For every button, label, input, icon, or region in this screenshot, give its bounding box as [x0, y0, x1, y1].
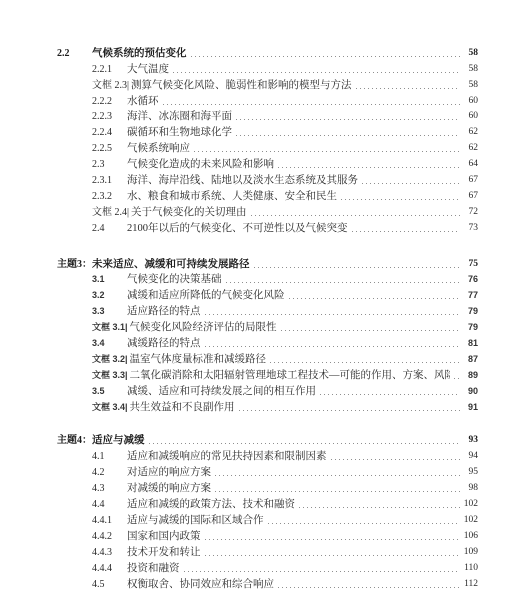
toc-page: 2.2气候系统的预估变化582.2.1大气温度58文框 2.3|测算气候变化风险… — [0, 0, 522, 600]
entry-number: 2.2.2 — [92, 95, 127, 108]
dot-leader — [251, 215, 460, 216]
entry-page: 98 — [462, 482, 478, 495]
entry-title: 适应和减缓的政策方法、技术和融资 — [127, 498, 295, 511]
entry-number: 2.2.3 — [92, 110, 127, 123]
entry-page: 67 — [462, 190, 478, 203]
entry-title: 减缓和适应所降低的气候变化风险 — [127, 289, 285, 302]
toc-entry-4.4.1[interactable]: 4.4.1适应与减缓的国际和区域合作102 — [57, 511, 478, 527]
dot-leader — [454, 378, 460, 379]
dot-leader — [299, 507, 460, 508]
toc-entry-2.2.5[interactable]: 2.2.5气候系统响应62 — [57, 139, 478, 155]
entry-number: 文框 2.3| — [92, 79, 129, 92]
entry-number: 4.4 — [92, 498, 127, 511]
toc-entry-4.2[interactable]: 4.2对适应的响应方案95 — [57, 463, 478, 479]
entry-page: 90 — [462, 385, 478, 398]
entry-number: 2.2.1 — [92, 63, 127, 76]
entry-page: 102 — [462, 498, 478, 511]
entry-number: 3.5 — [92, 385, 127, 398]
toc-entry-3.4[interactable]: 文框 3.4|共生效益和不良副作用91 — [57, 398, 478, 414]
toc-entry-4.4[interactable]: 4.4适应和减缓的政策方法、技术和融资102 — [57, 495, 478, 511]
entry-number: 4.4.4 — [92, 562, 127, 575]
entry-number: 4.1 — [92, 450, 127, 463]
entry-page: 60 — [462, 95, 478, 108]
entry-page: 102 — [462, 514, 478, 527]
entry-page: 58 — [462, 79, 478, 92]
entry-number: 3.2 — [92, 289, 127, 302]
toc-entry-2.2.1[interactable]: 2.2.1大气温度58 — [57, 60, 478, 76]
entry-title: 水循环 — [127, 95, 159, 108]
entry-title: 气候变化的决策基础 — [127, 273, 222, 286]
toc-entry-4.3[interactable]: 4.3对减缓的响应方案98 — [57, 479, 478, 495]
entry-page: 60 — [462, 110, 478, 123]
dot-leader — [194, 151, 460, 152]
dot-leader — [362, 183, 460, 184]
dot-leader — [236, 135, 460, 136]
entry-number: 3.4 — [92, 337, 127, 350]
dot-leader — [352, 231, 461, 232]
toc-entry-3.2[interactable]: 3.2减缓和适应所降低的气候变化风险77 — [57, 286, 478, 302]
entry-title: 气候变化风险经济评估的局限性 — [130, 321, 277, 334]
dot-leader — [191, 56, 461, 57]
toc-entry-2.2.3[interactable]: 2.2.3海洋、冰冻圈和海平面60 — [57, 108, 478, 124]
entry-number: 文框 2.4| — [92, 206, 129, 219]
dot-leader — [268, 523, 461, 524]
entry-page: 89 — [462, 369, 478, 382]
entry-title: 温室气体度量标准和减缓路径 — [130, 353, 267, 366]
entry-page: 79 — [462, 305, 478, 318]
entry-page: 72 — [462, 206, 478, 219]
dot-leader — [254, 267, 461, 268]
dot-leader — [356, 88, 460, 89]
entry-title: 技术开发和转让 — [127, 546, 201, 559]
entry-title: 关于气候变化的关切理由 — [131, 206, 247, 219]
entry-number: 2.2 — [57, 47, 92, 60]
entry-number: 4.5 — [92, 578, 127, 591]
entry-number: 3.3 — [92, 305, 127, 318]
entry-title: 气候系统的预估变化 — [92, 47, 187, 60]
entry-number: 4.4.3 — [92, 546, 127, 559]
dot-leader — [341, 199, 460, 200]
entry-number: 文框 3.1| — [92, 321, 128, 334]
entry-number: 主题3： — [57, 258, 92, 271]
entry-title: 海洋、海岸沿线、陆地以及淡水生态系统及其服务 — [127, 174, 358, 187]
toc-entry-2.3[interactable]: 2.3气候变化造成的未来风险和影响64 — [57, 155, 478, 171]
entry-title: 未来适应、减缓和可持续发展路径 — [92, 258, 250, 271]
entry-title: 二氧化碳消除和太阳辐射管理地球工程技术—可能的作用、方案、风险和现状 — [130, 369, 450, 382]
toc-entry-4.5[interactable]: 4.5权衡取舍、协同效应和综合响应112 — [57, 575, 478, 591]
entry-page: 67 — [462, 174, 478, 187]
entry-page: 91 — [462, 401, 478, 414]
entry-number: 2.3 — [92, 158, 127, 171]
entry-title: 投资和融资 — [127, 562, 180, 575]
entry-number: 3.1 — [92, 273, 127, 286]
entry-page: 62 — [462, 142, 478, 155]
entry-title: 测算气候变化风险、脆弱性和影响的模型与方法 — [131, 79, 352, 92]
entry-page: 95 — [462, 466, 478, 479]
dot-leader — [320, 394, 460, 395]
dot-leader — [215, 491, 460, 492]
entry-number: 4.3 — [92, 482, 127, 495]
entry-title: 减缓路径的特点 — [127, 337, 201, 350]
toc: 2.2气候系统的预估变化582.2.1大气温度58文框 2.3|测算气候变化风险… — [57, 44, 478, 591]
entry-number: 文框 3.3| — [92, 369, 128, 382]
entry-page: 73 — [462, 222, 478, 235]
entry-title: 碳循环和生物地球化学 — [127, 126, 232, 139]
dot-leader — [281, 330, 460, 331]
dot-leader — [239, 410, 460, 411]
entry-title: 气候系统响应 — [127, 142, 190, 155]
dot-leader — [215, 475, 460, 476]
dot-leader — [331, 459, 461, 460]
toc-entry-3.3[interactable]: 3.3适应路径的特点79 — [57, 302, 478, 318]
toc-entry-3.1[interactable]: 文框 3.1|气候变化风险经济评估的局限性79 — [57, 318, 478, 334]
toc-entry-2.2.4[interactable]: 2.2.4碳循环和生物地球化学62 — [57, 123, 478, 139]
dot-leader — [205, 314, 461, 315]
entry-title: 权衡取舍、协同效应和综合响应 — [127, 578, 274, 591]
toc-entry-4.4.2[interactable]: 4.4.2国家和国内政策106 — [57, 527, 478, 543]
toc-entry-4.4.3[interactable]: 4.4.3技术开发和转让109 — [57, 543, 478, 559]
entry-page: 87 — [462, 353, 478, 366]
entry-title: 海洋、冰冻圈和海平面 — [127, 110, 232, 123]
entry-title: 对适应的响应方案 — [127, 466, 211, 479]
entry-title: 适应和减缓响应的常见扶持因素和限制因素 — [127, 450, 327, 463]
dot-leader — [278, 167, 460, 168]
entry-number: 2.3.2 — [92, 190, 127, 203]
dot-leader — [270, 362, 460, 363]
entry-title: 适应与减缓的国际和区域合作 — [127, 514, 264, 527]
entry-page: 75 — [462, 258, 478, 271]
entry-title: 2100年以后的气候变化、不可逆性以及气候突变 — [127, 222, 348, 235]
entry-page: 106 — [462, 530, 478, 543]
dot-leader — [184, 571, 461, 572]
entry-page: 62 — [462, 126, 478, 139]
entry-number: 文框 3.4| — [92, 401, 128, 414]
entry-title: 适应与减缓 — [92, 434, 145, 447]
entry-page: 93 — [462, 434, 478, 447]
entry-page: 112 — [462, 578, 478, 591]
entry-number: 主题4： — [57, 434, 92, 447]
toc-entry-3.4[interactable]: 3.4减缓路径的特点81 — [57, 334, 478, 350]
entry-title: 共生效益和不良副作用 — [130, 401, 235, 414]
toc-entry-2.3.2[interactable]: 2.3.2水、粮食和城市系统、人类健康、安全和民生67 — [57, 187, 478, 203]
dot-leader — [149, 443, 461, 444]
toc-entry-3[interactable]: 主题3：未来适应、减缓和可持续发展路径75 — [57, 255, 478, 271]
toc-entry-4.1[interactable]: 4.1适应和减缓响应的常见扶持因素和限制因素94 — [57, 447, 478, 463]
toc-block: 主题4：适应与减缓934.1适应和减缓响应的常见扶持因素和限制因素944.2对适… — [57, 432, 478, 591]
toc-entry-3.1[interactable]: 3.1气候变化的决策基础76 — [57, 271, 478, 287]
toc-entry-4[interactable]: 主题4：适应与减缓93 — [57, 432, 478, 448]
entry-title: 对减缓的响应方案 — [127, 482, 211, 495]
toc-entry-2.4[interactable]: 2.42100年以后的气候变化、不可逆性以及气候突变73 — [57, 219, 478, 235]
dot-leader — [289, 298, 461, 299]
toc-entry-3.3[interactable]: 文框 3.3|二氧化碳消除和太阳辐射管理地球工程技术—可能的作用、方案、风险和现… — [57, 366, 478, 382]
entry-number: 2.2.5 — [92, 142, 127, 155]
entry-number: 文框 3.2| — [92, 353, 128, 366]
entry-number: 2.2.4 — [92, 126, 127, 139]
entry-page: 77 — [462, 289, 478, 302]
entry-page: 109 — [462, 546, 478, 559]
toc-entry-2.3[interactable]: 文框 2.3|测算气候变化风险、脆弱性和影响的模型与方法58 — [57, 76, 478, 92]
dot-leader — [173, 72, 460, 73]
entry-title: 气候变化造成的未来风险和影响 — [127, 158, 274, 171]
entry-page: 64 — [462, 158, 478, 171]
entry-page: 81 — [462, 337, 478, 350]
entry-number: 4.4.2 — [92, 530, 127, 543]
entry-number: 4.4.1 — [92, 514, 127, 527]
dot-leader — [205, 539, 461, 540]
toc-entry-2.4[interactable]: 文框 2.4|关于气候变化的关切理由72 — [57, 203, 478, 219]
entry-title: 减缓、适应和可持续发展之间的相互作用 — [127, 385, 316, 398]
toc-block: 2.2气候系统的预估变化582.2.1大气温度58文框 2.3|测算气候变化风险… — [57, 44, 478, 235]
dot-leader — [205, 346, 461, 347]
entry-number: 2.3.1 — [92, 174, 127, 187]
dot-leader — [278, 587, 460, 588]
entry-page: 110 — [462, 562, 478, 575]
toc-entry-3.5[interactable]: 3.5减缓、适应和可持续发展之间的相互作用90 — [57, 382, 478, 398]
entry-page: 79 — [462, 321, 478, 334]
entry-page: 94 — [462, 450, 478, 463]
toc-entry-2.3.1[interactable]: 2.3.1海洋、海岸沿线、陆地以及淡水生态系统及其服务67 — [57, 171, 478, 187]
entry-number: 4.2 — [92, 466, 127, 479]
entry-number: 2.4 — [92, 222, 127, 235]
entry-title: 国家和国内政策 — [127, 530, 201, 543]
toc-entry-3.2[interactable]: 文框 3.2|温室气体度量标准和减缓路径87 — [57, 350, 478, 366]
dot-leader — [163, 104, 461, 105]
toc-block: 主题3：未来适应、减缓和可持续发展路径753.1气候变化的决策基础763.2减缓… — [57, 255, 478, 414]
dot-leader — [226, 282, 461, 283]
dot-leader — [205, 555, 461, 556]
toc-entry-2.2[interactable]: 2.2气候系统的预估变化58 — [57, 44, 478, 60]
entry-page: 58 — [462, 47, 478, 60]
entry-page: 76 — [462, 273, 478, 286]
entry-page: 58 — [462, 63, 478, 76]
toc-entry-4.4.4[interactable]: 4.4.4投资和融资110 — [57, 559, 478, 575]
toc-entry-2.2.2[interactable]: 2.2.2水循环60 — [57, 92, 478, 108]
entry-title: 大气温度 — [127, 63, 169, 76]
entry-title: 适应路径的特点 — [127, 305, 201, 318]
entry-title: 水、粮食和城市系统、人类健康、安全和民生 — [127, 190, 337, 203]
dot-leader — [236, 119, 460, 120]
